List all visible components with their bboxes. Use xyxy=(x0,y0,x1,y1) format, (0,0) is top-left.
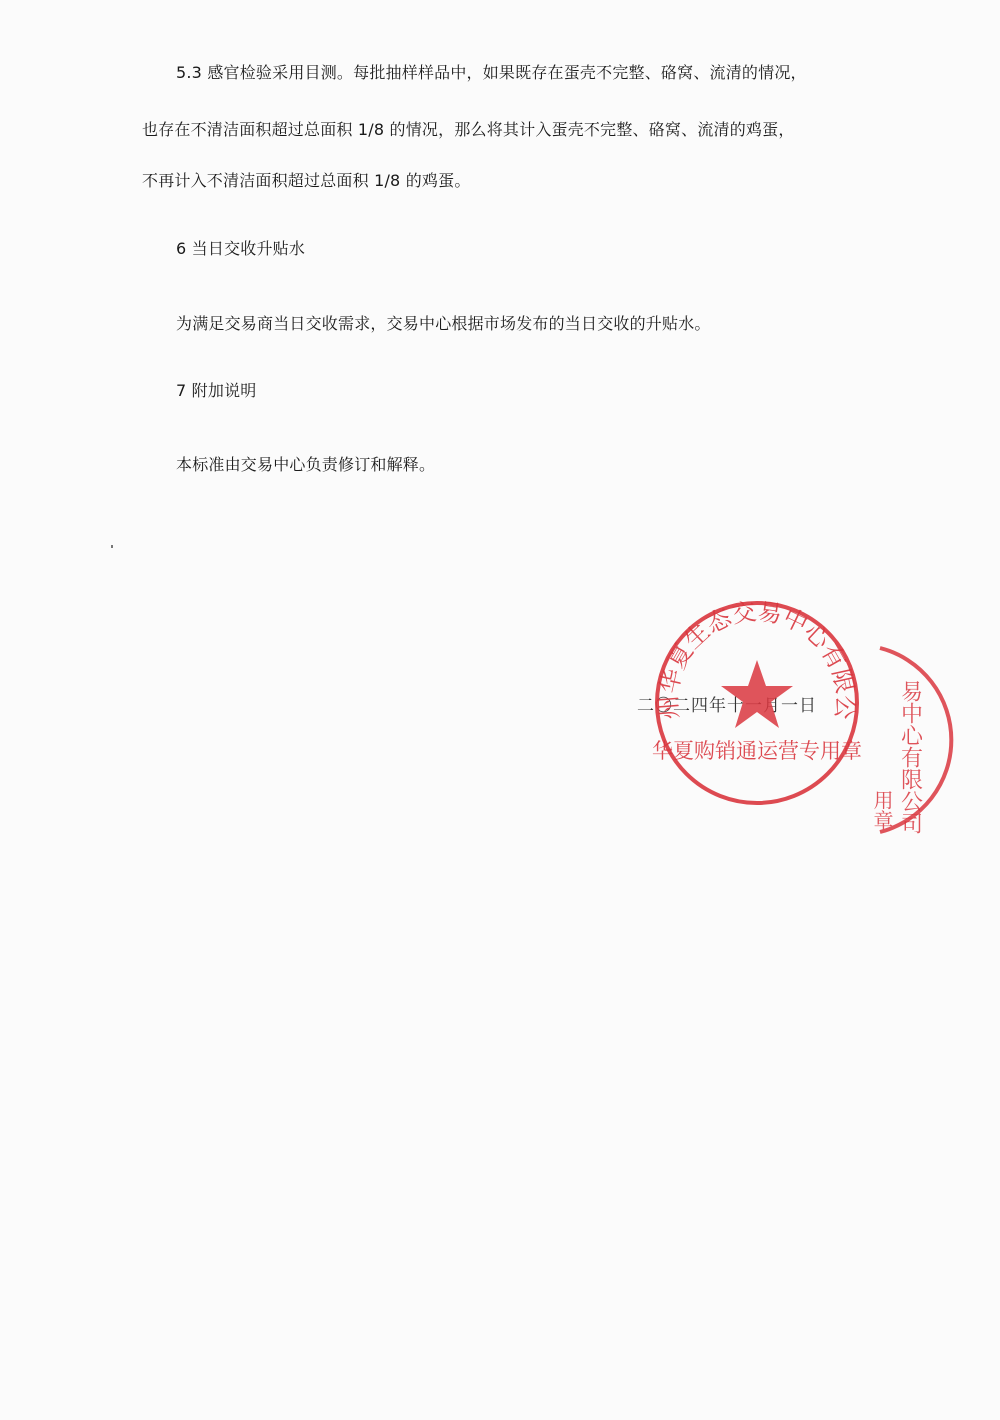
star-icon xyxy=(721,660,793,728)
paragraph-5-3-line-3: 不再计入不清洁面积超过总面积 1/8 的鸡蛋。 xyxy=(142,170,471,192)
partial-seal-text: 易中心有限公司 xyxy=(898,680,923,834)
scan-speck xyxy=(111,545,113,548)
official-seal: 贵州华夏生态交易中心有限公司 华夏购销通运营专用章 xyxy=(652,598,862,808)
paragraph-5-3-line-2: 也存在不清洁面积超过总面积 1/8 的情况，那么将其计入蛋壳不完整、硌窝、流清的… xyxy=(142,119,795,141)
section-6-body: 为满足交易商当日交收需求，交易中心根据市场发布的当日交收的升贴水。 xyxy=(176,313,711,335)
section-7-body: 本标准由交易中心负责修订和解释。 xyxy=(176,454,435,476)
partial-seal-bottom-text: 用章 xyxy=(870,790,894,830)
paragraph-5-3-line-1: 5.3 感官检验采用目测。每批抽样样品中，如果既存在蛋壳不完整、硌窝、流清的情况… xyxy=(176,62,807,84)
section-6-heading: 6 当日交收升贴水 xyxy=(176,238,305,260)
seal-center-text: 华夏购销通运营专用章 xyxy=(652,739,862,763)
partial-seal: 易中心有限公司 用章 xyxy=(870,640,1000,840)
section-7-heading: 7 附加说明 xyxy=(176,380,256,402)
